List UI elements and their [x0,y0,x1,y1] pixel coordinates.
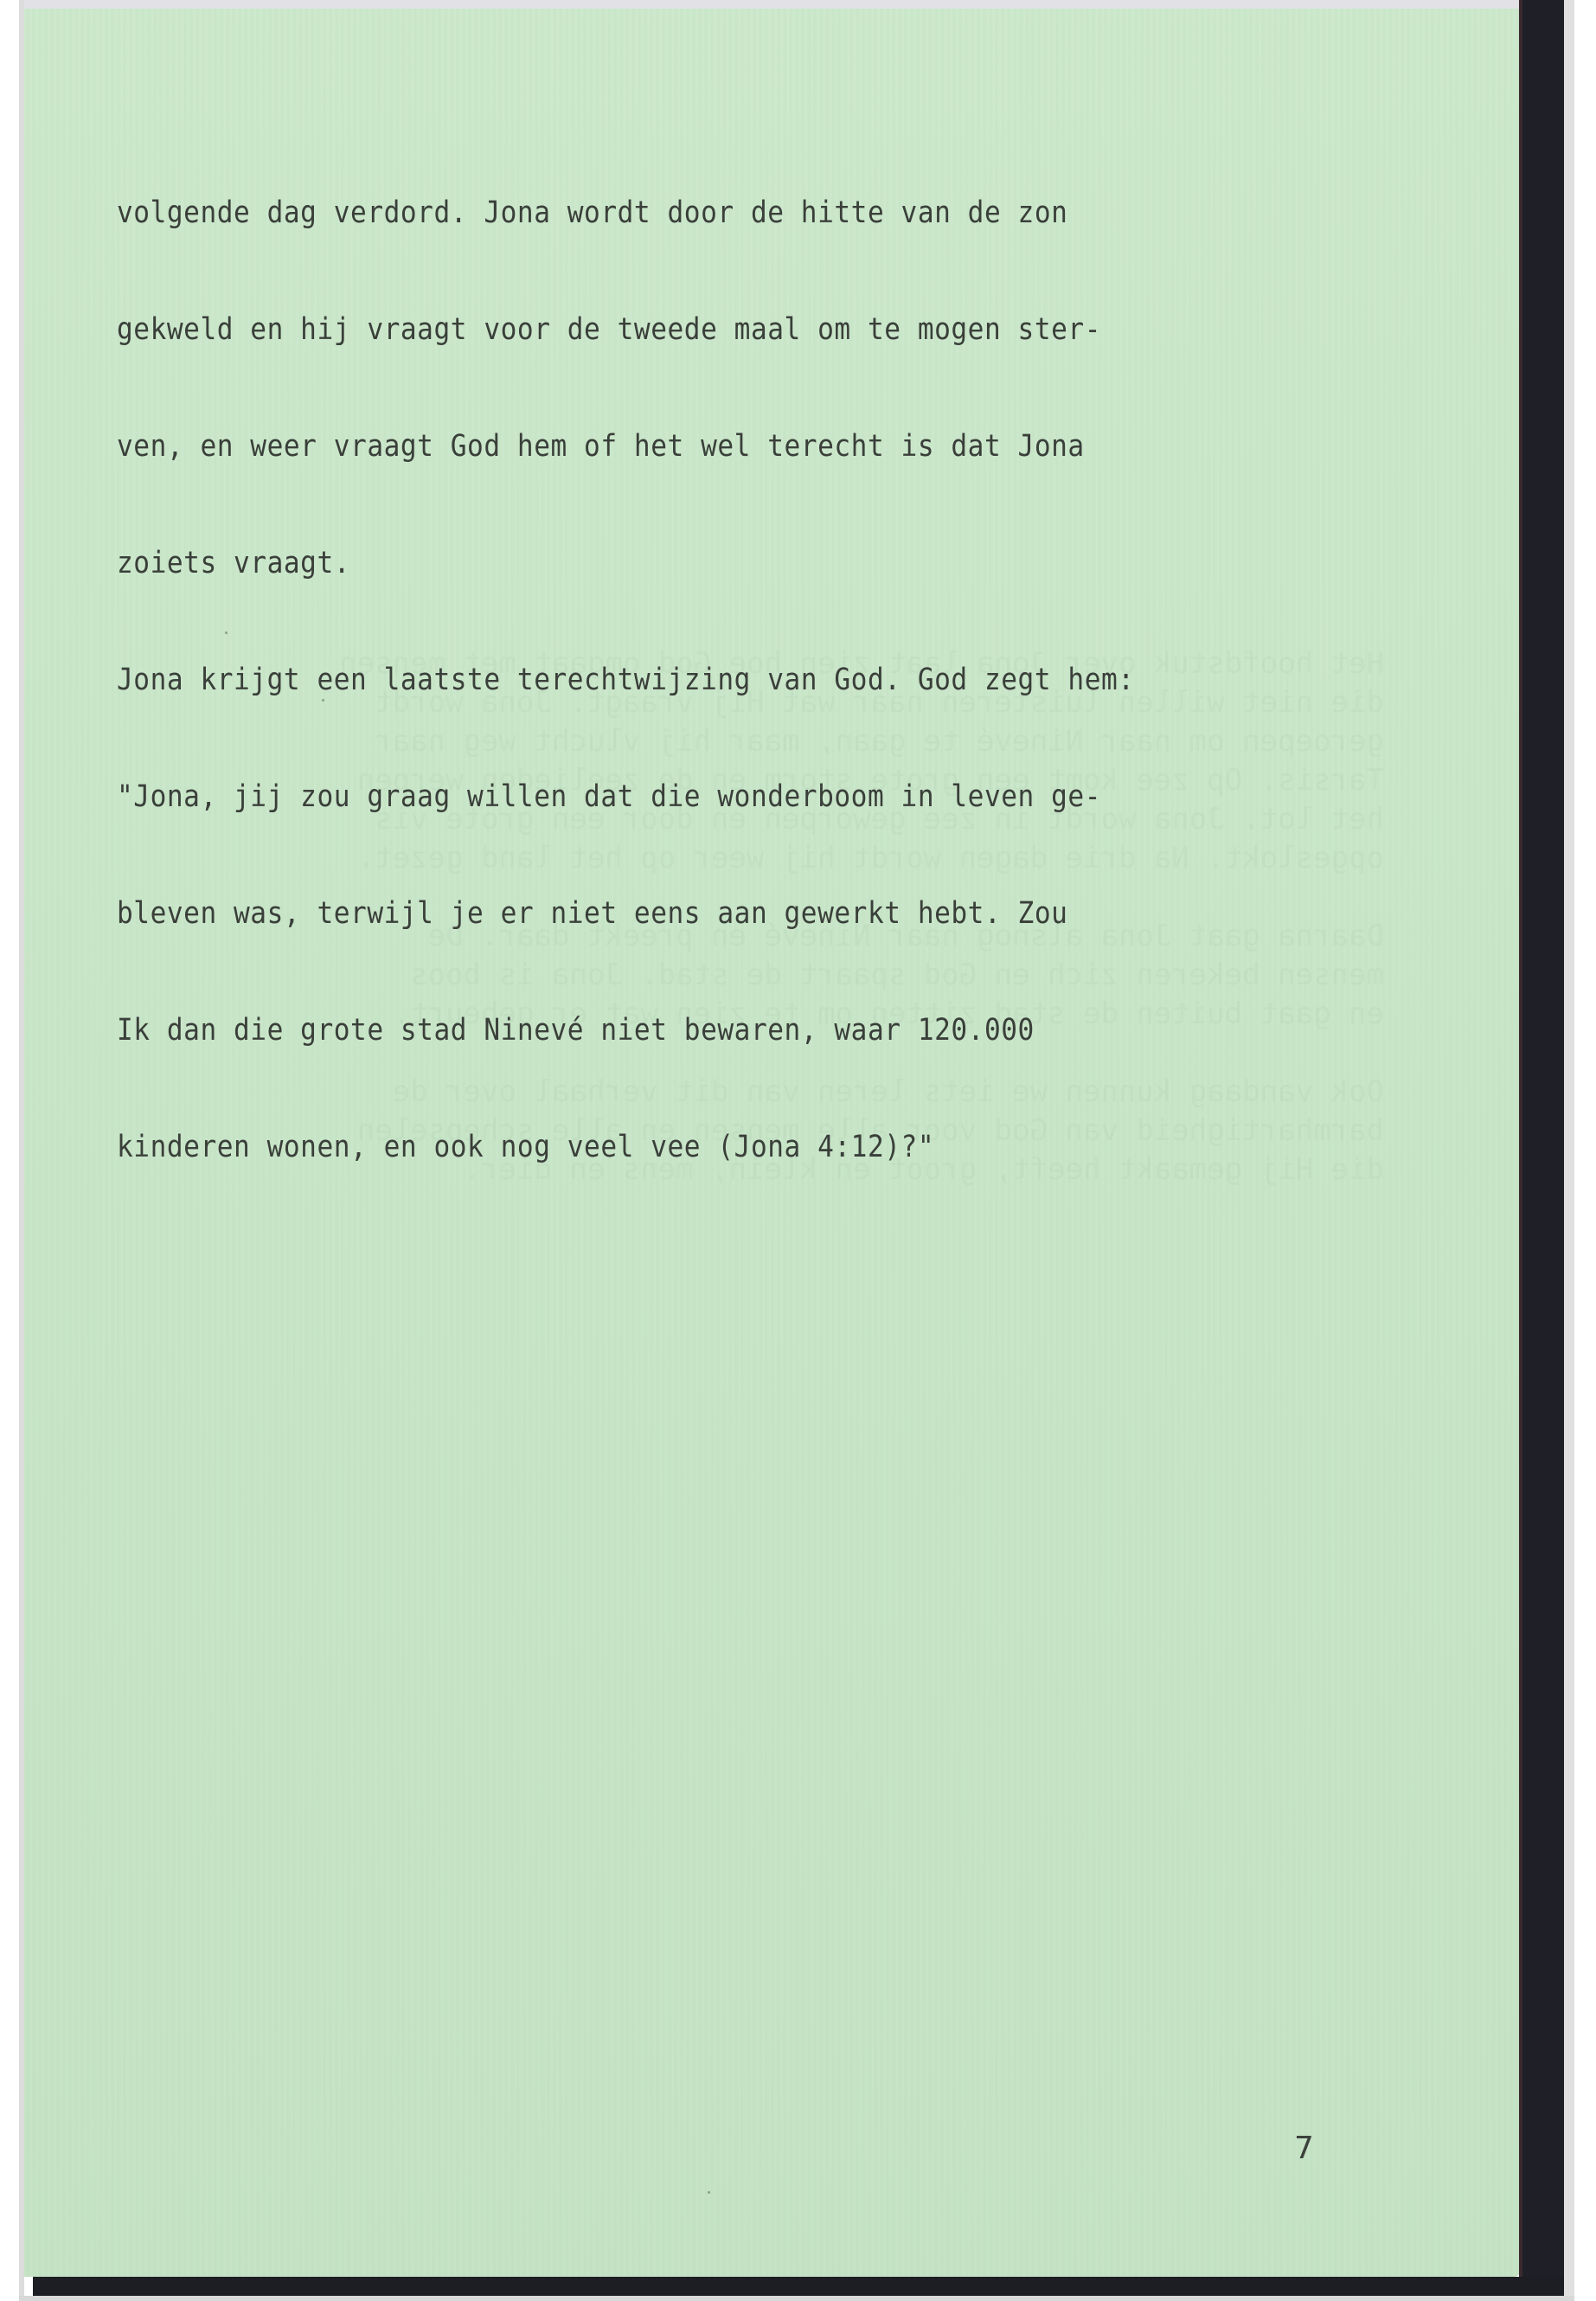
paper-speck [322,699,324,702]
text-line: ven, en weer vraagt God hem of het wel t… [117,427,1135,466]
body-text: volgende dag verdord. Jona wordt door de… [117,116,1135,1206]
page-number: 7 [1294,2131,1314,2166]
text-line: bleven was, terwijl je er niet eens aan … [117,894,1135,933]
binding-edge-bottom [33,2277,1564,2296]
text-line: gekweld en hij vraagt voor de tweede maa… [117,311,1135,349]
text-line: Ik dan die grote stad Ninevé niet beware… [117,1011,1135,1050]
text-line: volgende dag verdord. Jona wordt door de… [117,194,1135,233]
paper-speck [708,2191,710,2194]
paper-speck [225,631,228,634]
scan-edge-top [19,0,1524,9]
scan-edge-bottom [19,2296,1574,2301]
text-line: Jona krijgt een laatste terechtwijzing v… [117,661,1135,700]
binding-edge-right [1519,0,1564,2292]
text-line: kinderen wonen, en ook nog veel vee (Jon… [117,1128,1135,1167]
scan-edge-right [1564,0,1574,2301]
text-line: zoiets vraagt. [117,544,1135,583]
text-line: "Jona, jij zou graag willen dat die wond… [117,778,1135,817]
